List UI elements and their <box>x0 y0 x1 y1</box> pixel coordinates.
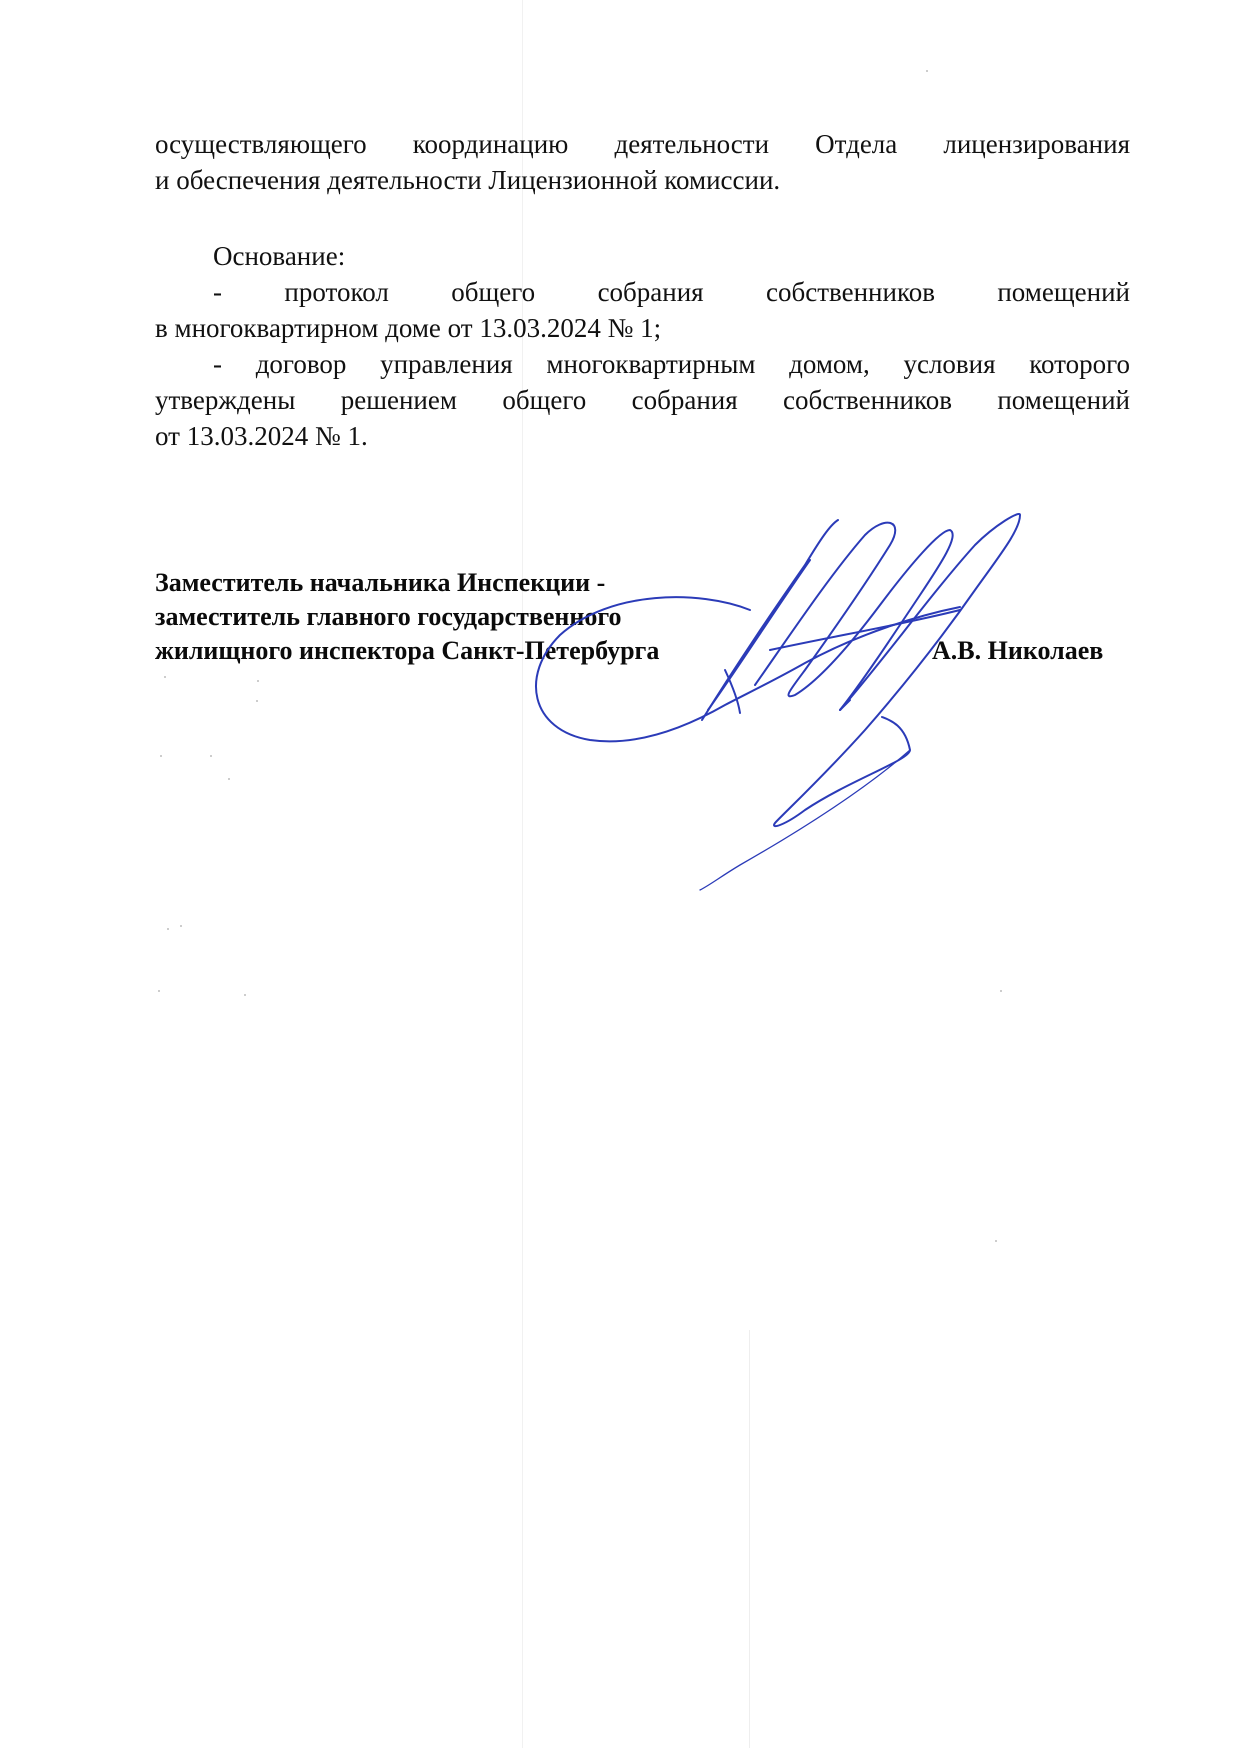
scan-speck <box>164 676 166 678</box>
signatory-title-line: заместитель главного государственного <box>155 600 659 634</box>
handwritten-signature-icon <box>520 495 1080 895</box>
signatory-title: Заместитель начальника Инспекции - замес… <box>155 566 659 668</box>
text-line: утверждены решением общего собрания собс… <box>155 382 1130 418</box>
text-line: осуществляющего координацию деятельности… <box>155 126 1130 162</box>
text-line: и обеспечения деятельности Лицензионной … <box>155 162 1130 198</box>
basis-item-contract: - договор управления многоквартирным дом… <box>155 346 1130 454</box>
scan-speck <box>210 755 212 757</box>
signatory-title-line: Заместитель начальника Инспекции - <box>155 566 659 600</box>
scan-speck <box>167 928 169 930</box>
basis-item-protocol: - протокол общего собрания собственников… <box>155 274 1130 346</box>
text-line: - договор управления многоквартирным дом… <box>155 346 1130 382</box>
scan-speck <box>995 1240 997 1242</box>
scan-speck <box>180 925 182 927</box>
text-line: в многоквартирном доме от 13.03.2024 № 1… <box>155 310 1130 346</box>
signatory-name: А.В. Николаев <box>932 634 1103 668</box>
scan-speck <box>256 700 258 702</box>
scan-speck <box>160 755 162 757</box>
scan-speck <box>257 680 259 682</box>
text-line: - протокол общего собрания собственников… <box>155 274 1130 310</box>
scan-fold-line <box>749 1330 750 1748</box>
intro-paragraph: осуществляющего координацию деятельности… <box>155 126 1130 198</box>
scan-speck <box>244 994 246 996</box>
basis-heading: Основание: <box>155 238 1130 274</box>
document-page: осуществляющего координацию деятельности… <box>0 0 1235 1748</box>
signatory-title-line: жилищного инспектора Санкт-Петербурга <box>155 634 659 668</box>
text-line: от 13.03.2024 № 1. <box>155 418 1130 454</box>
scan-speck <box>228 778 230 780</box>
basis-section: Основание: - протокол общего собрания со… <box>155 238 1130 454</box>
scan-speck <box>1000 990 1002 992</box>
scan-speck <box>926 70 928 72</box>
scan-speck <box>158 990 160 992</box>
